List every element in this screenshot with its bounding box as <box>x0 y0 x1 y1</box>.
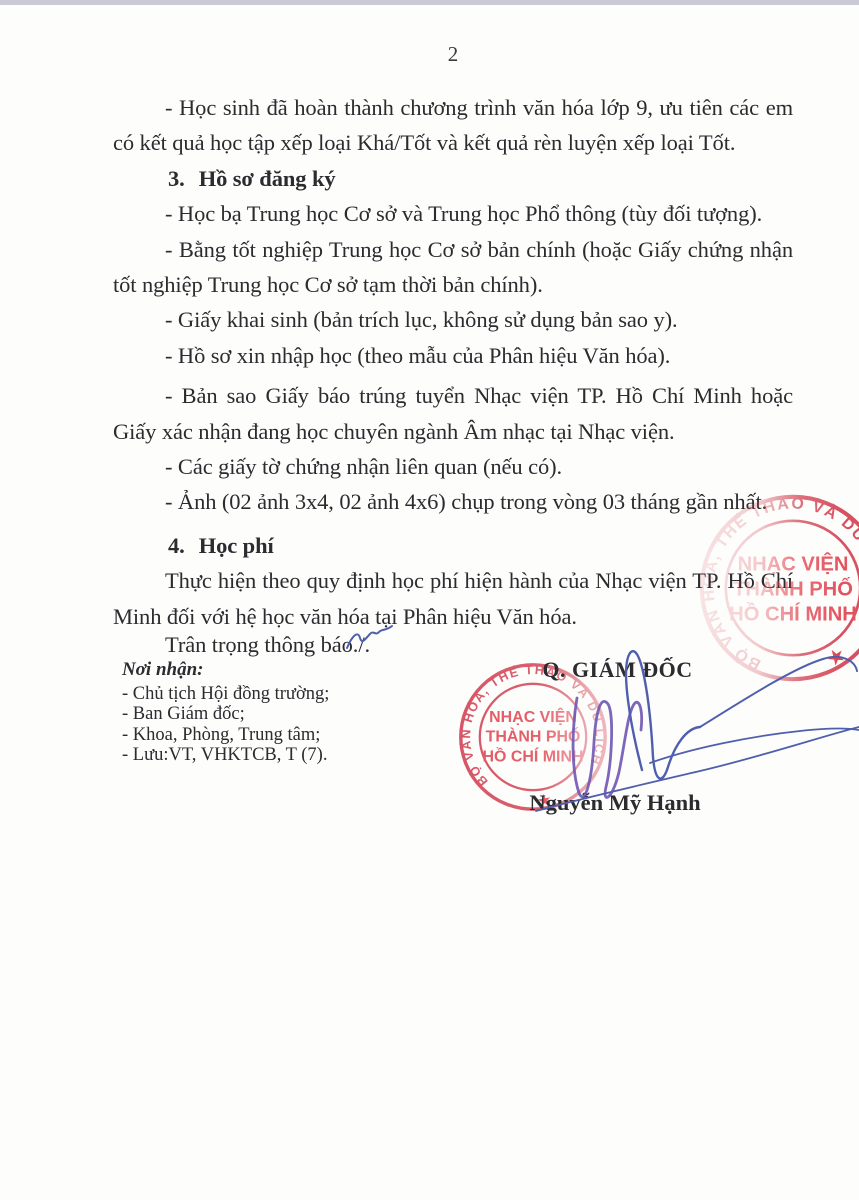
paragraph: Thực hiện theo quy định học phí hiện hàn… <box>113 563 793 634</box>
seal-line-3: HỒ CHÍ MINH <box>482 746 583 765</box>
page-number: 2 <box>113 42 793 67</box>
signature-scribble <box>573 698 642 797</box>
list-item: - Ảnh (02 ảnh 3x4, 02 ảnh 4x6) chụp tron… <box>113 484 793 519</box>
recipients-label: Nơi nhận: <box>122 660 452 681</box>
section-number: 4. <box>168 533 185 558</box>
section-heading: 4.Học phí <box>113 528 793 563</box>
recipients-list: - Chủ tịch Hội đồng trường; - Ban Giám đ… <box>122 684 452 766</box>
seal-center-text: NHẠC VIỆN THÀNH PHỐ HỒ CHÍ MINH <box>482 707 583 766</box>
signatory-name: Nguyễn Mỹ Hạnh <box>495 790 735 816</box>
seal-inner-ring <box>480 684 586 790</box>
paragraph: - Học sinh đã hoàn thành chương trình vă… <box>113 90 793 161</box>
recipient-item: - Chủ tịch Hội đồng trường; <box>122 684 452 705</box>
seal-line-1: NHẠC VIỆN <box>489 707 577 726</box>
signatory-title: Q. GIÁM ĐỐC <box>505 657 730 683</box>
list-item: - Các giấy tờ chứng nhận liên quan (nếu … <box>113 449 793 484</box>
section-number: 3. <box>168 166 185 191</box>
recipient-item: - Lưu:VT, VHKTCB, T (7). <box>122 745 452 766</box>
section-title: Học phí <box>199 533 274 558</box>
list-item: - Bằng tốt nghiệp Trung học Cơ sở bản ch… <box>113 232 793 303</box>
document-body: - Học sinh đã hoàn thành chương trình vă… <box>113 90 793 663</box>
recipient-item: - Khoa, Phòng, Trung tâm; <box>122 725 452 746</box>
list-item: - Giấy khai sinh (bản trích lục, không s… <box>113 302 793 337</box>
scan-edge-strip <box>0 0 859 5</box>
list-item: - Học bạ Trung học Cơ sở và Trung học Ph… <box>113 196 793 231</box>
seal-outer-ring <box>461 665 605 809</box>
signature-flat-sweep <box>650 729 859 763</box>
recipients-block: Nơi nhận: - Chủ tịch Hội đồng trường; - … <box>122 660 452 766</box>
scanned-document-page: 2 - Học sinh đã hoàn thành chương trình … <box>0 0 859 1200</box>
section-title: Hồ sơ đăng ký <box>199 166 336 191</box>
list-item: - Hồ sơ xin nhập học (theo mẫu của Phân … <box>113 338 793 373</box>
star-icon: ★ <box>822 643 850 673</box>
section-heading: 3.Hồ sơ đăng ký <box>113 161 793 196</box>
list-item: - Bản sao Giấy báo trúng tuyển Nhạc viện… <box>113 378 793 449</box>
recipient-item: - Ban Giám đốc; <box>122 704 452 725</box>
seal-line-2: THÀNH PHỐ <box>486 726 581 746</box>
